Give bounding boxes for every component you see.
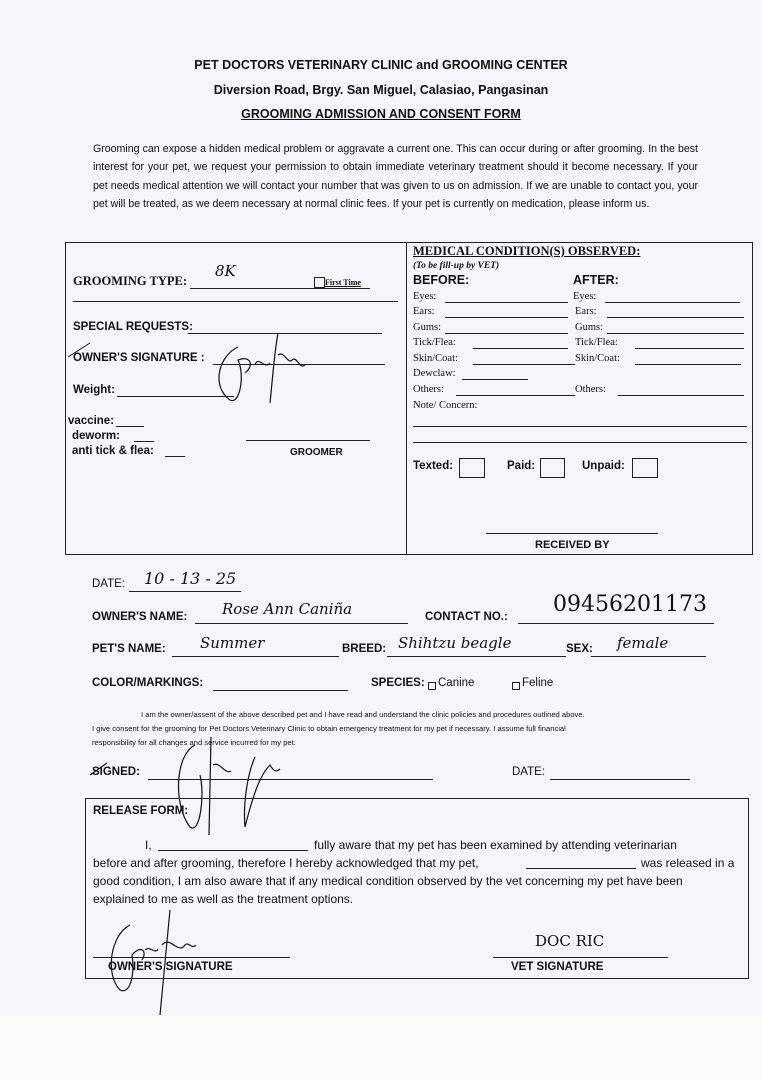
after-ears-label: Ears:	[575, 306, 597, 317]
before-skin-coat-label: Skin/Coat:	[413, 353, 458, 364]
before-dewclaw-label: Dewclaw:	[413, 368, 456, 379]
vet-signature-value: DOC RIC	[535, 932, 604, 950]
after-gums-label: Gums:	[575, 322, 603, 333]
form-title-text: GROOMING ADMISSION AND CONSENT FORM	[241, 107, 521, 121]
grooming-type-value: 8K	[215, 262, 236, 280]
unpaid-checkbox[interactable]	[632, 458, 658, 478]
date-value: 10 - 13 - 25	[144, 569, 236, 588]
consent-date-label: DATE:	[512, 766, 545, 778]
release-owner-name-field[interactable]	[158, 850, 308, 851]
received-by-field[interactable]	[486, 533, 658, 534]
box-divider	[406, 243, 407, 554]
contact-value: 09456201173	[553, 592, 707, 617]
groomer-label: GROOMER	[290, 447, 343, 458]
medical-condition-title: MEDICAL CONDITION(S) OBSERVED:	[413, 244, 640, 259]
before-gums-field[interactable]	[445, 333, 568, 334]
consent-date-field[interactable]	[550, 779, 690, 780]
form-title: GROOMING ADMISSION AND CONSENT FORM	[0, 107, 762, 121]
before-ears-field[interactable]	[445, 317, 568, 318]
species-label: SPECIES:	[371, 677, 425, 689]
release-text-1b: fully aware that my pet has been examine…	[314, 838, 677, 852]
release-text-1a: I,	[145, 838, 152, 852]
feline-checkbox[interactable]	[512, 682, 520, 690]
after-label: AFTER:	[573, 273, 619, 287]
after-gums-field[interactable]	[607, 333, 744, 334]
scan-margin	[0, 1016, 762, 1080]
before-skin-coat-field[interactable]	[473, 364, 575, 365]
date-field[interactable]	[129, 591, 241, 592]
before-gums-label: Gums:	[413, 322, 441, 333]
deworm-label: deworm:	[72, 430, 120, 442]
clinic-name: PET DOCTORS VETERINARY CLINIC and GROOMI…	[0, 58, 762, 72]
before-dewclaw-field[interactable]	[462, 379, 528, 380]
weight-label: Weight:	[73, 384, 115, 396]
before-label: BEFORE:	[413, 273, 469, 287]
after-eyes-field[interactable]	[605, 302, 740, 303]
pet-name-value: Summer	[200, 634, 264, 652]
deworm-field[interactable]	[134, 441, 154, 442]
groomer-signature-field[interactable]	[246, 440, 370, 441]
consent-line-1: I am the owner/assent of the above descr…	[141, 710, 585, 719]
release-form-title: RELEASE FORM:	[93, 805, 188, 817]
canine-checkbox[interactable]	[428, 682, 436, 690]
release-text-2a: before and after grooming, therefore I h…	[93, 856, 479, 870]
release-pet-name-field[interactable]	[526, 868, 636, 869]
note-concern-label: Note/ Concern:	[413, 400, 477, 411]
after-eyes-label: Eyes:	[573, 291, 596, 302]
after-skin-coat-field[interactable]	[635, 364, 741, 365]
anti-tick-field[interactable]	[165, 456, 185, 457]
unpaid-label: Unpaid:	[582, 460, 625, 472]
canine-label: Canine	[438, 677, 474, 689]
clinic-address: Diversion Road, Brgy. San Miguel, Calasi…	[0, 83, 762, 97]
release-text-2b: was released in a	[641, 856, 734, 870]
vet-signature-field[interactable]	[493, 957, 668, 958]
color-markings-field[interactable]	[213, 690, 348, 691]
owner-name-field[interactable]	[195, 623, 408, 624]
before-tick-flea-label: Tick/Flea:	[413, 337, 456, 348]
weight-field[interactable]	[117, 396, 234, 397]
first-time-checkbox[interactable]	[314, 277, 325, 288]
owner-name-value: Rose Ann Caniña	[222, 600, 352, 618]
after-tick-flea-label: Tick/Flea:	[575, 337, 618, 348]
release-text-4: explained to me as well as the treatment…	[93, 892, 353, 906]
breed-value: Shihtzu beagle	[398, 634, 511, 652]
after-tick-flea-field[interactable]	[635, 348, 744, 349]
vet-fill-note: (To be fill-up by VET)	[413, 261, 499, 271]
before-others-label: Others:	[413, 384, 444, 395]
vaccine-field[interactable]	[116, 426, 144, 427]
grooming-type-extra-line[interactable]	[73, 301, 398, 302]
date-label: DATE:	[92, 578, 125, 590]
owner-name-label: OWNER'S NAME:	[92, 611, 187, 623]
paid-checkbox[interactable]	[540, 458, 565, 478]
before-ears-label: Ears:	[413, 306, 435, 317]
texted-checkbox[interactable]	[459, 458, 485, 478]
contact-label: CONTACT NO.:	[425, 611, 508, 623]
paid-label: Paid:	[507, 460, 535, 472]
consent-line-2: I give consent for the grooming for Pet …	[92, 724, 566, 733]
texted-label: Texted:	[413, 460, 453, 472]
before-eyes-field[interactable]	[445, 302, 568, 303]
after-others-field[interactable]	[618, 395, 744, 396]
sex-label: SEX:	[566, 643, 593, 655]
vaccine-label: vaccine:	[68, 415, 114, 427]
pet-name-field[interactable]	[172, 656, 339, 657]
before-tick-flea-field[interactable]	[473, 348, 568, 349]
before-eyes-label: Eyes:	[413, 291, 436, 302]
sex-value: female	[617, 634, 668, 652]
note-line-2[interactable]	[413, 442, 747, 443]
vet-signature-label: VET SIGNATURE	[511, 961, 603, 973]
release-text-3: good condition, I am also aware that if …	[93, 874, 683, 888]
breed-field[interactable]	[387, 656, 566, 657]
anti-tick-label: anti tick & flea:	[72, 445, 154, 457]
after-others-label: Others:	[575, 384, 606, 395]
contact-field[interactable]	[518, 623, 714, 624]
grooming-type-field[interactable]	[190, 288, 370, 289]
breed-label: BREED:	[342, 643, 386, 655]
sex-field[interactable]	[591, 656, 706, 657]
first-time-label: First Time	[325, 278, 361, 287]
received-by-label: RECEIVED BY	[535, 539, 610, 551]
grooming-type-label: GROOMING TYPE:	[73, 274, 187, 289]
before-others-field[interactable]	[456, 395, 575, 396]
feline-label: Feline	[522, 677, 553, 689]
after-ears-field[interactable]	[607, 317, 744, 318]
intro-paragraph: Grooming can expose a hidden medical pro…	[93, 140, 698, 213]
pet-name-label: PET'S NAME:	[92, 643, 166, 655]
release-owner-signature-scribble	[100, 905, 220, 1020]
color-markings-label: COLOR/MARKINGS:	[92, 677, 203, 689]
after-skin-coat-label: Skin/Coat:	[575, 353, 620, 364]
note-line-1[interactable]	[413, 426, 747, 427]
